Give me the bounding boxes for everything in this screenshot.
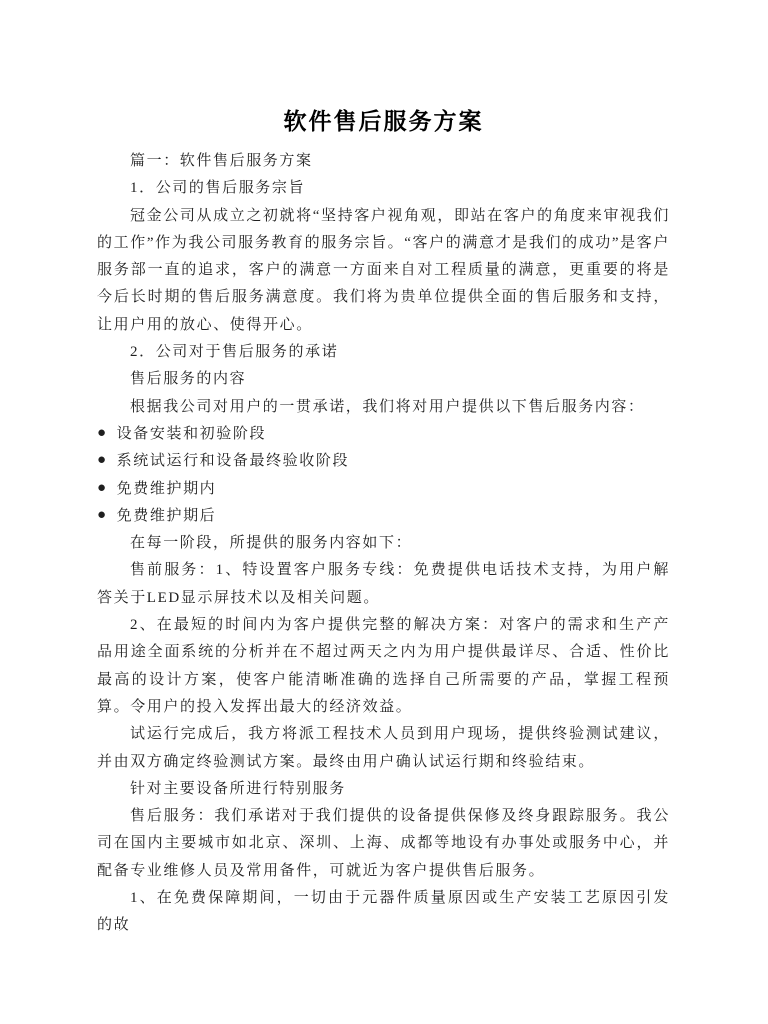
paragraph: 2．公司对于售后服务的承诺	[97, 339, 670, 366]
paragraph: 根据我公司对用户的一贯承诺，我们将对用户提供以下售后服务内容：	[97, 394, 670, 421]
bullet-icon: ●	[97, 420, 108, 447]
paragraph: ●设备安装和初验阶段	[97, 421, 670, 448]
paragraph: 售后服务：我们承诺对于我们提供的设备提供保修及终身跟踪服务。我公司在国内主要城市…	[97, 803, 670, 885]
paragraph: 篇一：软件售后服务方案	[97, 148, 670, 175]
paragraph: ●免费维护期后	[97, 503, 670, 530]
paragraph: 试运行完成后，我方将派工程技术人员到用户现场，提供终验测试建议，并由双方确定终验…	[97, 721, 670, 776]
paragraph: 售前服务：1、特设置客户服务专线：免费提供电话技术支持，为用户解答关于LED显示…	[97, 557, 670, 612]
paragraph: ●免费维护期内	[97, 476, 670, 503]
paragraph: 1、在免费保障期间，一切由于元器件质量原因或生产安装工艺原因引发的故	[97, 885, 670, 940]
bullet-icon: ●	[97, 502, 108, 529]
paragraph: 针对主要设备所进行特别服务	[97, 776, 670, 803]
document-body: 篇一：软件售后服务方案1．公司的售后服务宗旨冠金公司从成立之初就将“坚持客户视角…	[97, 148, 670, 940]
bullet-icon: ●	[97, 475, 108, 502]
paragraph: 2、在最短的时间内为客户提供完整的解决方案：对客户的需求和生产产品用途全面系统的…	[97, 612, 670, 721]
bullet-icon: ●	[97, 447, 108, 474]
paragraph: 在每一阶段，所提供的服务内容如下：	[97, 530, 670, 557]
paragraph: 售后服务的内容	[97, 366, 670, 393]
paragraph: 冠金公司从成立之初就将“坚持客户视角观，即站在客户的角度来审视我们的工作”作为我…	[97, 203, 670, 339]
document-title: 软件售后服务方案	[97, 104, 670, 140]
document-content: 软件售后服务方案 篇一：软件售后服务方案1．公司的售后服务宗旨冠金公司从成立之初…	[97, 104, 670, 940]
paragraph: 1．公司的售后服务宗旨	[97, 175, 670, 202]
document-page: 软件售后服务方案 篇一：软件售后服务方案1．公司的售后服务宗旨冠金公司从成立之初…	[0, 0, 768, 1024]
paragraph: ●系统试运行和设备最终验收阶段	[97, 448, 670, 475]
